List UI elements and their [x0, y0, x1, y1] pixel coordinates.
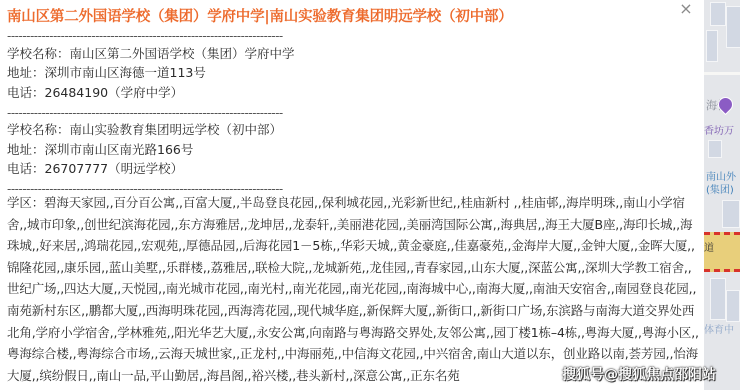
school1-phone: 电话：26484190（学府中学） [7, 84, 183, 102]
close-icon[interactable]: × [676, 0, 696, 18]
map-background[interactable]: 海怡 香坊万 南山外 (集团) 道 体育中 [704, 0, 740, 390]
map-label: 南山外 [706, 172, 736, 184]
map-label: (集团) [706, 185, 734, 197]
school-info-popup: 南山区第二外国语学校（集团）学府中学|南山实验教育集团明远学校（初中部） × 学… [0, 0, 704, 390]
school2-address: 地址：深圳市南山区南光路166号 [7, 141, 193, 159]
school2-phone: 电话：26707777（明远学校） [7, 160, 183, 178]
map-label: 体育中 [704, 325, 734, 337]
map-block [726, 290, 740, 322]
map-block [706, 30, 718, 62]
map-block [708, 140, 722, 158]
map-block [726, 6, 740, 48]
popup-title: 南山区第二外国语学校（集团）学府中学|南山实验教育集团明远学校（初中部） [7, 5, 513, 26]
divider [7, 108, 402, 118]
school2-name: 学校名称：南山实验教育集团明远学校（初中部） [7, 121, 282, 139]
school-district-list: 学区：碧海天家园,,百分百公寓,,百富大厦,,半岛登良花园,,保利城花园,,光彩… [7, 192, 699, 386]
map-block [710, 278, 726, 320]
map-block [710, 2, 726, 26]
map-highway: 道 [704, 232, 740, 272]
school1-address: 地址：深圳市南山区海德一道113号 [7, 64, 206, 82]
school1-name: 学校名称：南山区第二外国语学校（集团）学府中学 [7, 45, 295, 63]
map-block [722, 200, 740, 228]
divider [7, 31, 402, 41]
map-road [704, 72, 740, 75]
watermark: 搜狐号@搜狐焦点邵阳站 [562, 364, 716, 384]
map-label: 香坊万 [704, 126, 734, 138]
map-label: 道 [704, 243, 714, 255]
